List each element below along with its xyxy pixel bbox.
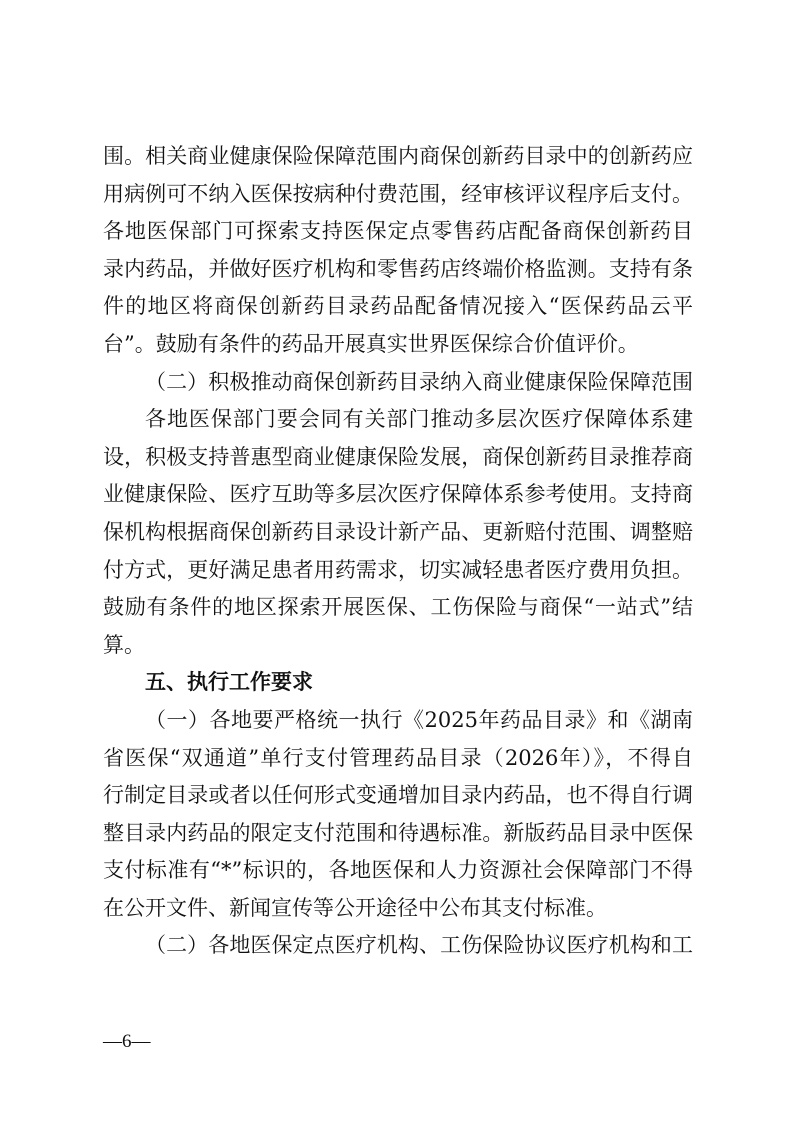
text-line: 支付标准有“*”标识的，各地医保和人力资源社会保障部门不得 bbox=[103, 852, 693, 890]
text-line: 省医保“双通道”单行支付管理药品目录（2026年）》，不得自 bbox=[103, 740, 693, 778]
text-line: 付方式，更好满足患者用药需求，切实减轻患者医疗费用负担。 bbox=[103, 552, 693, 590]
text-line: 各地医保部门可探索支持医保定点零售药店配备商保创新药目 bbox=[103, 213, 693, 251]
text-line: 用病例可不纳入医保按病种付费范围，经审核评议程序后支付。 bbox=[103, 176, 693, 214]
text-line: 在公开文件、新闻宣传等公开途径中公布其支付标准。 bbox=[103, 890, 693, 928]
document-page: 围。相关商业健康保险保障范围内商保创新药目录中的创新药应 用病例可不纳入医保按病… bbox=[0, 0, 793, 1122]
page-number: —6— bbox=[103, 1031, 151, 1053]
text-line: 各地医保部门要会同有关部门推动多层次医疗保障体系建 bbox=[103, 401, 693, 439]
text-line: 行制定目录或者以任何形式变通增加目录内药品，也不得自行调 bbox=[103, 777, 693, 815]
text-line: 鼓励有条件的地区探索开展医保、工伤保险与商保“一站式”结 bbox=[103, 589, 693, 627]
document-body: 围。相关商业健康保险保障范围内商保创新药目录中的创新药应 用病例可不纳入医保按病… bbox=[103, 138, 693, 965]
text-line: 业健康保险、医疗互助等多层次医疗保障体系参考使用。支持商 bbox=[103, 476, 693, 514]
text-line: 围。相关商业健康保险保障范围内商保创新药目录中的创新药应 bbox=[103, 138, 693, 176]
text-line: 算。 bbox=[103, 627, 693, 665]
text-line: 设，积极支持普惠型商业健康保险发展，商保创新药目录推荐商 bbox=[103, 439, 693, 477]
text-line: 整目录内药品的限定支付范围和待遇标准。新版药品目录中医保 bbox=[103, 815, 693, 853]
text-line: 件的地区将商保创新药目录药品配备情况接入“医保药品云平 bbox=[103, 288, 693, 326]
text-line: （二）各地医保定点医疗机构、工伤保险协议医疗机构和工 bbox=[103, 927, 693, 965]
section-subheading: （二）积极推动商保创新药目录纳入商业健康保险保障范围 bbox=[103, 364, 693, 402]
section-heading: 五、执行工作要求 bbox=[103, 664, 693, 702]
text-line: 录内药品，并做好医疗机构和零售药店终端价格监测。支持有条 bbox=[103, 251, 693, 289]
text-line: 台”。鼓励有条件的药品开展真实世界医保综合价值评价。 bbox=[103, 326, 693, 364]
text-line: （一）各地要严格统一执行《2025年药品目录》和《湖南 bbox=[103, 702, 693, 740]
text-line: 保机构根据商保创新药目录设计新产品、更新赔付范围、调整赔 bbox=[103, 514, 693, 552]
